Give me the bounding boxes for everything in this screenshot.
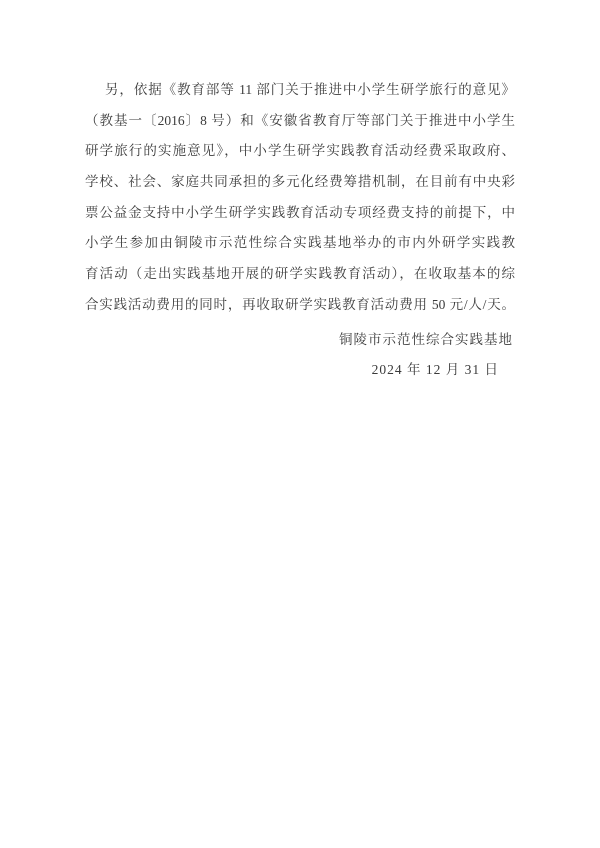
paragraph-line: 小学生参加由铜陵市示范性综合实践基地举办的市内外研学实践教: [85, 228, 515, 259]
date-line: 2024 年 12 月 31 日: [85, 355, 515, 386]
notice-body: 另，依据《教育部等 11 部门关于推进中小学生研学旅行的意见》 （教基一〔201…: [85, 75, 515, 386]
notice-paragraph: 另，依据《教育部等 11 部门关于推进中小学生研学旅行的意见》 （教基一〔201…: [85, 75, 515, 321]
paragraph-line: 票公益金支持中小学生研学实践教育活动专项经费支持的前提下，中: [85, 198, 515, 229]
paragraph-line: 育活动（走出实践基地开展的研学实践教育活动），在收取基本的综: [85, 259, 515, 290]
paragraph-line: （教基一〔2016〕8 号）和《安徽省教育厅等部门关于推进中小学生: [85, 106, 515, 137]
signature-line: 铜陵市示范性综合实践基地: [85, 325, 515, 356]
paragraph-line: 研学旅行的实施意见》，中小学生研学实践教育活动经费采取政府、: [85, 136, 515, 167]
paragraph-line: 学校、社会、家庭共同承担的多元化经费筹措机制，在目前有中央彩: [85, 167, 515, 198]
paragraph-line: 另，依据《教育部等 11 部门关于推进中小学生研学旅行的意见》: [85, 75, 515, 106]
document-page: 另，依据《教育部等 11 部门关于推进中小学生研学旅行的意见》 （教基一〔201…: [0, 0, 600, 848]
paragraph-line: 合实践活动费用的同时，再收取研学实践教育活动费用 50 元/人/天。: [85, 290, 515, 321]
